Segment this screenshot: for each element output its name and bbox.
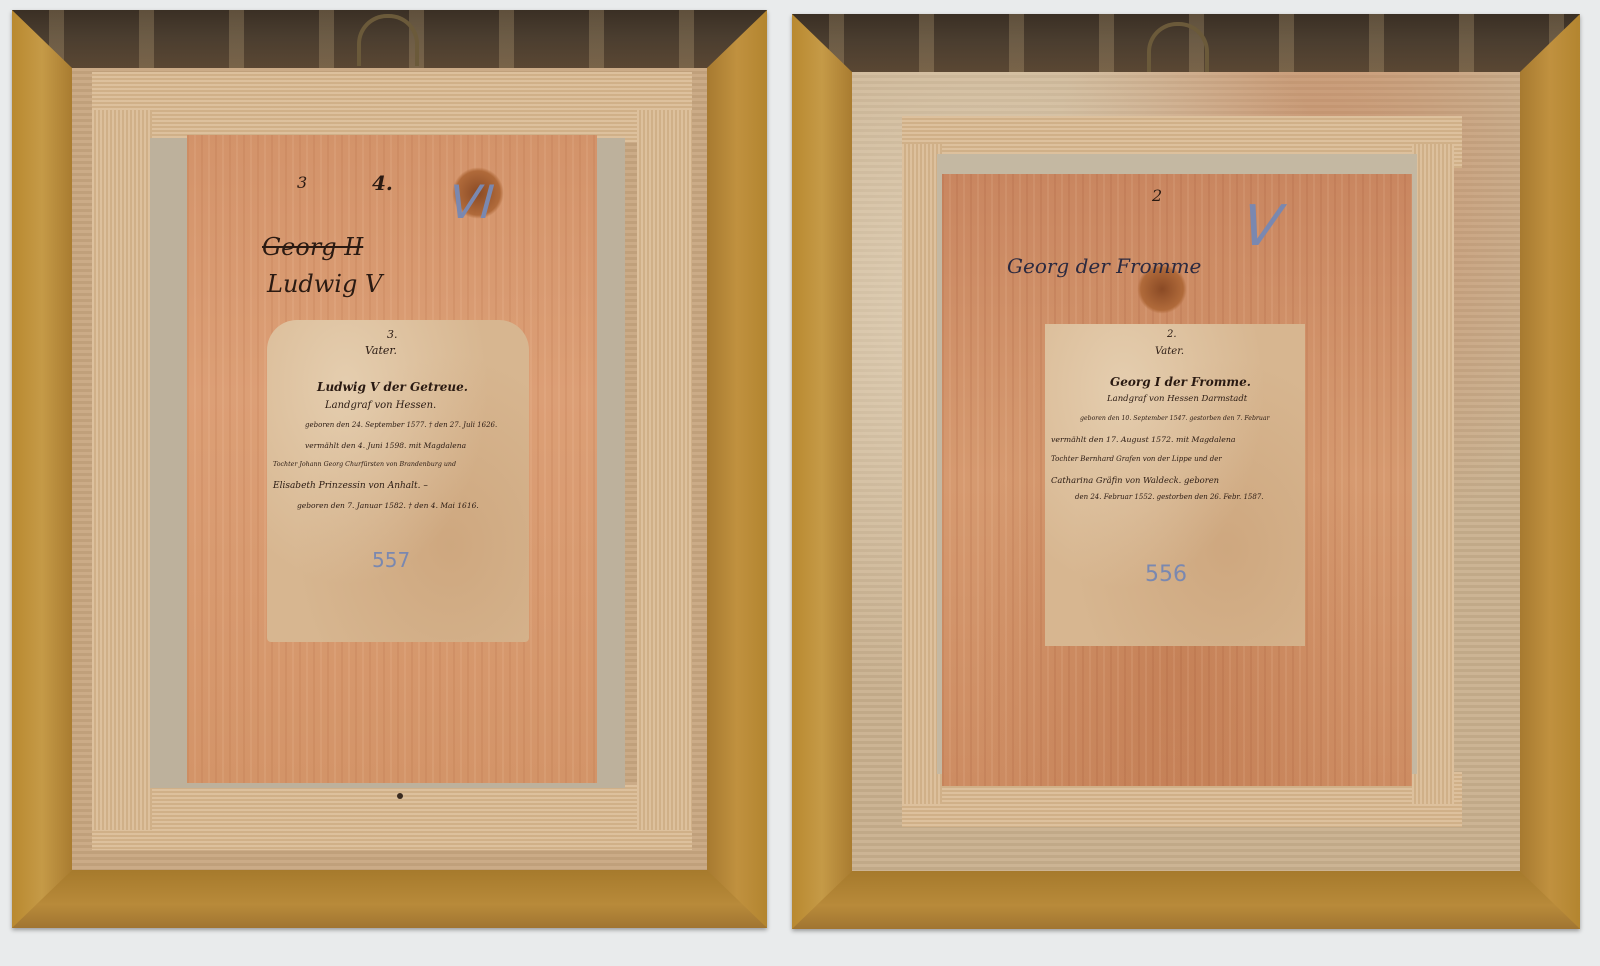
frame-right-side	[707, 10, 767, 928]
wood-panel: 3 4. VI Georg II Ludwig V 3. Vater. Ludw…	[187, 135, 597, 783]
label-line: geboren den 10. September 1547. gestorbe…	[1080, 415, 1270, 422]
inventory-number: 556	[1145, 562, 1187, 587]
label-line: vermählt den 4. Juni 1598. mit Magdalena	[305, 441, 466, 450]
label-line: Landgraf von Hessen Darmstadt	[1107, 394, 1247, 404]
inventory-number: 557	[372, 548, 410, 572]
board-number: 2	[1152, 186, 1162, 205]
board-name: Georg der Fromme	[1007, 254, 1201, 278]
paper-tape-right	[637, 110, 692, 830]
label-number: 3.	[387, 328, 398, 341]
label-line: Elisabeth Prinzessin von Anhalt. –	[273, 481, 428, 491]
hanging-hook	[357, 14, 419, 66]
left-frame: 3 4. VI Georg II Ludwig V 3. Vater. Ludw…	[12, 10, 767, 928]
frame-left-side	[12, 10, 72, 928]
frame-bottom-side	[792, 871, 1580, 929]
pencil-roman-numeral: VI	[442, 175, 502, 229]
paper-tape-top	[92, 72, 692, 142]
frame-right-side	[1520, 14, 1580, 929]
crossed-out-name: Georg II	[262, 233, 363, 261]
board-name: Ludwig V	[267, 270, 382, 298]
label-line: den 24. Februar 1552. gestorben den 26. …	[1075, 493, 1264, 501]
paper-tape-left	[92, 110, 152, 830]
label-heading: Vater.	[1155, 346, 1184, 357]
wood-panel: 2 V Georg der Fromme 2. Vater. Georg I d…	[942, 174, 1412, 786]
label-line: Georg I der Fromme.	[1110, 375, 1251, 389]
label-line: Tochter Johann Georg Churfürsten von Bra…	[273, 461, 456, 468]
pencil-roman-numeral: V	[1231, 194, 1290, 259]
frame-bottom-side	[12, 870, 767, 928]
right-frame: 2 V Georg der Fromme 2. Vater. Georg I d…	[792, 14, 1580, 929]
hanging-hook	[1147, 22, 1209, 74]
board-number: 3	[297, 173, 307, 192]
label-line: Landgraf von Hessen.	[325, 400, 436, 411]
nail	[397, 793, 403, 799]
label-heading: Vater.	[365, 344, 397, 357]
label-line: geboren den 7. Januar 1582. † den 4. Mai…	[297, 501, 479, 510]
paper-tape-left	[902, 144, 942, 804]
label-number: 2.	[1167, 329, 1177, 340]
paper-label: 2. Vater. Georg I der Fromme. Landgraf v…	[1045, 324, 1305, 646]
board-mark: 4.	[372, 171, 393, 195]
paper-tape-bottom	[92, 785, 692, 850]
label-line: geboren den 24. September 1577. † den 27…	[305, 421, 497, 429]
label-line: vermählt den 17. August 1572. mit Magdal…	[1051, 435, 1236, 444]
label-line: Tochter Bernhard Grafen von der Lippe un…	[1051, 455, 1222, 463]
paper-tape-right	[1412, 144, 1454, 804]
frame-left-side	[792, 14, 852, 929]
paper-label: 3. Vater. Ludwig V der Getreue. Landgraf…	[267, 320, 529, 642]
label-line: Ludwig V der Getreue.	[317, 380, 468, 394]
label-line: Catharina Gräfin von Waldeck. geboren	[1051, 475, 1219, 485]
